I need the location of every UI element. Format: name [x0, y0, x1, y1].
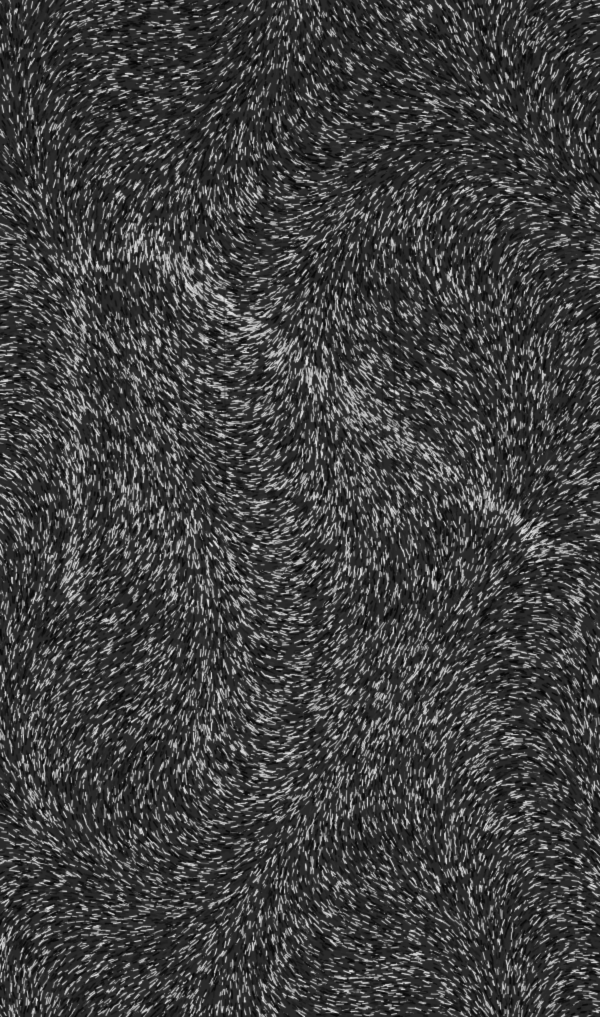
hatching-canvas — [0, 0, 600, 1017]
hatching-artwork: Abstract pen-and-ink hatching drawing in… — [0, 0, 600, 1017]
